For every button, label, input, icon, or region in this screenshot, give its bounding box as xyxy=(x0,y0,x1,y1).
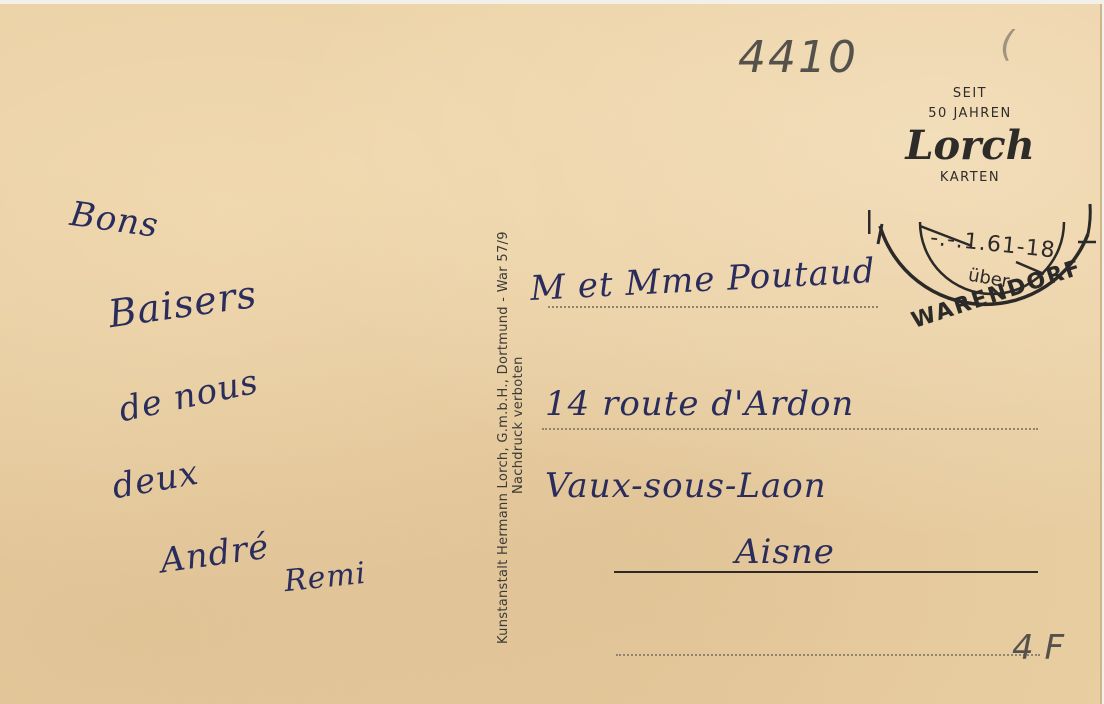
corner-pencil-mark: 4 F xyxy=(1012,628,1064,668)
message-line-5: André xyxy=(158,527,272,582)
address-line-4: Aisne xyxy=(735,532,835,572)
message-line-6: Remi xyxy=(282,556,368,599)
imprint-line-2: Nachdruck verboten xyxy=(511,231,526,644)
logo-lorch: Lorch xyxy=(905,124,1035,168)
address-line-2: 14 route d'Ardon xyxy=(545,384,854,424)
imprint-line-1: Kunstanstalt Hermann Lorch, G.m.b.H., Do… xyxy=(496,231,511,644)
inventory-number: 4410 xyxy=(738,32,858,83)
address-line-1: M et Mme Poutaud xyxy=(529,251,876,309)
logo-50-jahren: 50 JAHREN xyxy=(905,104,1035,124)
postmark-stamp: -.-.1.61-18 über WARENDORF xyxy=(868,164,1104,364)
message-line-3: de nous xyxy=(115,362,262,431)
publisher-imprint: Kunstanstalt Hermann Lorch, G.m.b.H., Do… xyxy=(496,231,526,644)
message-line-1: Bons xyxy=(68,194,162,246)
address-guide-line-1 xyxy=(548,306,878,308)
address-guide-line-2 xyxy=(542,428,1038,430)
message-line-2: Baisers xyxy=(106,272,260,336)
postcard-back: 4410 ( SEIT 50 JAHREN Lorch KARTEN -.-.1… xyxy=(0,4,1102,704)
address-guide-line-4 xyxy=(616,654,1040,656)
pencil-mark-top: ( xyxy=(1000,24,1014,65)
message-line-4: deux xyxy=(109,453,202,507)
address-line-3: Vaux-sous-Laon xyxy=(545,466,827,506)
logo-seit: SEIT xyxy=(905,84,1035,104)
